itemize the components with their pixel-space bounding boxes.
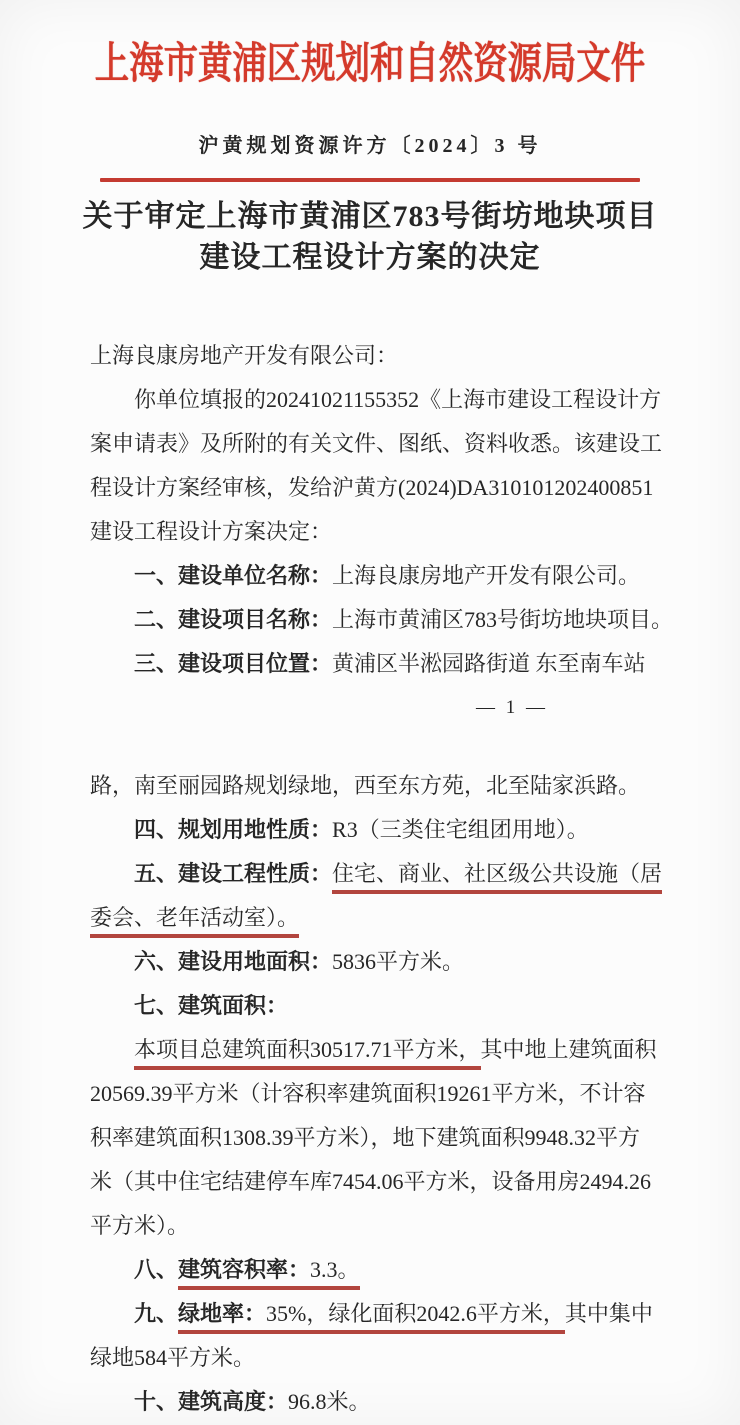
item-5-value-underlined-1: 住宅、商业、社区级公共设施（居 [332, 861, 662, 894]
item-3-label: 建设项目位置： [178, 651, 332, 676]
letterhead: 上海市黄浦区规划和自然资源局文件 [0, 0, 740, 96]
item-7-para-line-2: 20569.39平方米（计容积率建筑面积19261平方米，不计容 [90, 1072, 654, 1116]
item-7-para-line-3: 积率建筑面积1308.39平方米），地下建筑面积9948.32平方 [90, 1116, 654, 1160]
item-7-para-line-1: 本项目总建筑面积30517.71平方米，其中地上建筑面积 [90, 1028, 654, 1072]
item-4-value: R3（三类住宅组团用地）。 [332, 817, 589, 842]
subject-title: 关于审定上海市黄浦区783号街坊地块项目 建设工程设计方案的决定 [0, 196, 740, 278]
item-7-para-line-4: 米（其中住宅结建停车库7454.06平方米，设备用房2494.26 [90, 1160, 654, 1204]
subject-title-line-2: 建设工程设计方案的决定 [0, 237, 740, 278]
item-6-label: 建设用地面积： [178, 949, 332, 974]
item-9: 九、绿地率：35%，绿化面积2042.6平方米，其中集中 [90, 1292, 654, 1336]
intro-line-4: 建设工程设计方案决定： [90, 510, 654, 554]
item-8-value: 3.3。 [310, 1257, 360, 1282]
salutation: 上海良康房地产开发有限公司： [90, 334, 654, 378]
item-4-label: 规划用地性质： [178, 817, 332, 842]
item-10-label: 建筑高度： [178, 1389, 288, 1414]
item-6: 六、建设用地面积：5836平方米。 [90, 940, 654, 984]
item-7-para-line-5: 平方米）。 [90, 1204, 654, 1248]
item-8-marker: 八、 [134, 1257, 178, 1282]
red-divider-line [100, 178, 640, 182]
letterhead-title: 上海市黄浦区规划和自然资源局文件 [95, 36, 645, 94]
doc-number: 沪黄规划资源许方〔2024〕3 号 [0, 132, 740, 160]
item-2-value: 上海市黄浦区783号街坊地块项目。 [332, 607, 673, 632]
item-5-marker: 五、 [134, 861, 178, 886]
item-9-underlined: 绿地率：35%，绿化面积2042.6平方米， [178, 1301, 565, 1334]
document-page: 上海市黄浦区规划和自然资源局文件 沪黄规划资源许方〔2024〕3 号 关于审定上… [0, 0, 740, 1425]
page-number: — 1 — [90, 686, 654, 730]
item-9-value-rest: 其中集中 [565, 1301, 653, 1326]
item-1: 一、建设单位名称：上海良康房地产开发有限公司。 [90, 554, 654, 598]
subject-title-line-1: 关于审定上海市黄浦区783号街坊地块项目 [0, 196, 740, 237]
item-5-value-underlined-2: 委会、老年活动室）。 [90, 905, 299, 938]
item-10-marker: 十、 [134, 1389, 178, 1414]
item-2-label: 建设项目名称： [178, 607, 332, 632]
item-3-value: 黄浦区半淞园路街道 东至南车站 [332, 651, 646, 676]
item-1-label: 建设单位名称： [178, 563, 332, 588]
item-8-underlined: 建筑容积率：3.3。 [178, 1257, 360, 1290]
item-4: 四、规划用地性质：R3（三类住宅组团用地）。 [90, 808, 654, 852]
item-8-label: 建筑容积率： [178, 1257, 310, 1282]
document-body: 上海良康房地产开发有限公司： 你单位填报的20241021155352《上海市建… [0, 334, 740, 1424]
item-3-marker: 三、 [134, 651, 178, 676]
item-7-para-line-1-rest: 其中地上建筑面积 [481, 1037, 657, 1062]
item-2-marker: 二、 [134, 607, 178, 632]
item-9-marker: 九、 [134, 1301, 178, 1326]
intro-line-1: 你单位填报的20241021155352《上海市建设工程设计方 [90, 378, 654, 422]
item-3-continuation: 路，南至丽园路规划绿地，西至东方苑，北至陆家浜路。 [90, 764, 654, 808]
item-9-value-underlined: 35%，绿化面积2042.6平方米， [266, 1301, 565, 1326]
item-7: 七、建筑面积： [90, 984, 654, 1028]
item-8: 八、建筑容积率：3.3。 [90, 1248, 654, 1292]
item-3: 三、建设项目位置：黄浦区半淞园路街道 东至南车站 [90, 642, 654, 686]
item-2: 二、建设项目名称：上海市黄浦区783号街坊地块项目。 [90, 598, 654, 642]
intro-line-3: 程设计方案经审核，发给沪黄方(2024)DA310101202400851 [90, 466, 654, 510]
item-7-total-area-underlined: 本项目总建筑面积30517.71平方米， [134, 1037, 481, 1070]
item-1-marker: 一、 [134, 563, 178, 588]
item-5: 五、建设工程性质：住宅、商业、社区级公共设施（居 [90, 852, 654, 896]
item-5-line-2: 委会、老年活动室）。 [90, 896, 654, 940]
intro-line-2: 案申请表》及所附的有关文件、图纸、资料收悉。该建设工 [90, 422, 654, 466]
item-9-label: 绿地率： [178, 1301, 266, 1326]
item-1-value: 上海良康房地产开发有限公司。 [332, 563, 640, 588]
item-10-value: 96.8米。 [288, 1389, 371, 1414]
item-4-marker: 四、 [134, 817, 178, 842]
item-10: 十、建筑高度：96.8米。 [90, 1380, 654, 1424]
item-7-marker: 七、 [134, 993, 178, 1018]
item-9-continuation: 绿地584平方米。 [90, 1336, 654, 1380]
item-7-label: 建筑面积： [178, 993, 288, 1018]
item-5-label: 建设工程性质： [178, 861, 332, 886]
item-6-marker: 六、 [134, 949, 178, 974]
item-6-value: 5836平方米。 [332, 949, 464, 974]
